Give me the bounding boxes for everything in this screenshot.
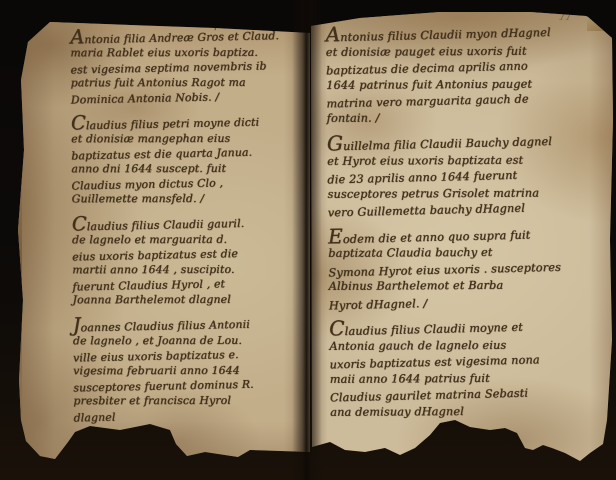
baptism-entry: Claudius filius Claudii moyne etAntonia … (329, 318, 612, 421)
baptism-entry: Claudius filius petri moyne dictiet dion… (71, 115, 310, 207)
left-page: + Antonia filia Andreæ Gros et Claud.mar… (16, 18, 310, 466)
right-page-text: Antonius filius Claudii myon dHagnelet d… (326, 24, 613, 430)
manuscript-line: ana demisuay dHagnel (330, 403, 612, 421)
left-page-text: Antonia filia Andreæ Gros et Claud.maria… (70, 29, 310, 435)
manuscript-photo: + Antonia filia Andreæ Gros et Claud.mar… (0, 0, 616, 480)
baptism-entry: Joannes Claudius filius Antoniide lagnel… (73, 317, 310, 424)
baptism-entry: Claudius filius Claudii gauril.de lagnel… (72, 216, 310, 308)
manuscript-line: fontain. / (327, 109, 609, 127)
manuscript-line: Joanna Barthelemot dlagnel (73, 292, 310, 308)
manuscript-line: Guillemette mansfeld. / (72, 191, 310, 207)
folio-number-mark: 11 (557, 12, 573, 23)
baptism-entry: Guillelma filia Claudii Bauchy dagnelet … (327, 133, 610, 220)
manuscript-line: dlagnel (73, 405, 310, 425)
baptism-entry: Antonius filius Claudii myon dHagnelet d… (326, 24, 609, 127)
left-page-edge-stain (16, 168, 22, 428)
manuscript-line: Dominica Antonia Nobis. / (71, 87, 310, 107)
right-page: 11 Antonius filius Claudii myon dHagnele… (306, 8, 614, 468)
baptism-entry: Antonia filia Andreæ Gros et Claud.maria… (70, 29, 310, 106)
baptism-entry: Eodem die et anno quo supra fuitbaptizat… (328, 226, 611, 313)
